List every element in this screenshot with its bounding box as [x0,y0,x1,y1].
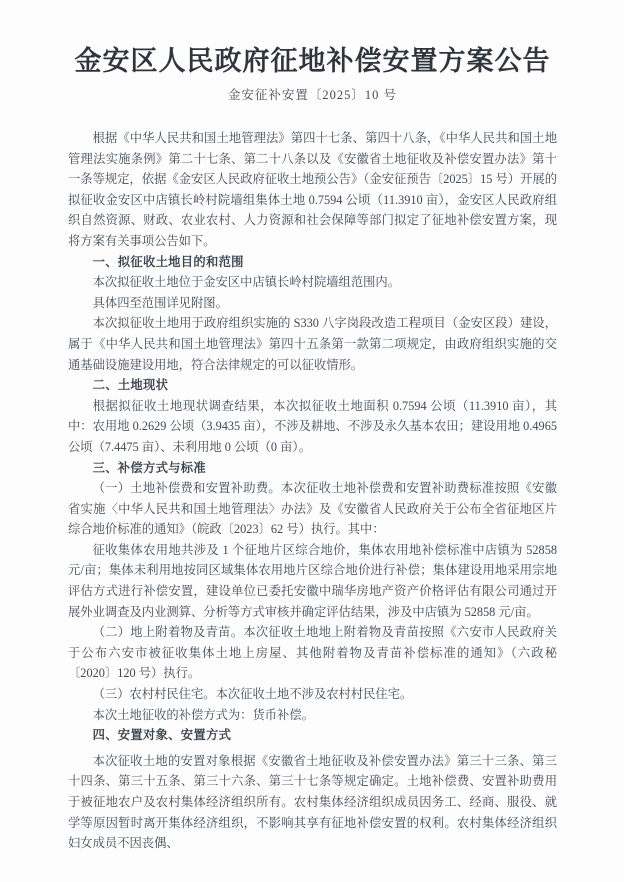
document-body: 根据《中华人民共和国土地管理法》第四十七条、第四十八条，《中华人民共和国土地管理… [68,128,557,854]
paragraph: （三）农村村民住宅。本次征收土地不涉及农村村民住宅。 [68,684,557,705]
paragraph: 本次拟征收土地位于金安区中店镇长岭村院墙组范围内。 [68,272,557,293]
paragraph: 根据《中华人民共和国土地管理法》第四十七条、第四十八条，《中华人民共和国土地管理… [68,128,557,252]
document-number: 金安征补安置〔2025〕10 号 [68,87,557,103]
paragraph: 本次土地征收的补偿方式为：货币补偿。 [68,705,557,726]
paragraph: （一）土地补偿费和安置补助费。本次征收土地补偿费和安置补助费标准按照《安徽省实施… [68,478,557,540]
paragraph: 征收集体农用地共涉及 1 个征地片区综合地价，集体农用地补偿标准中店镇为 528… [68,540,557,622]
paragraph: 本次征收土地的安置对象根据《安徽省土地征收及补偿安置办法》第三十三条、第三十四条… [68,751,557,854]
section-heading: 四、安置对象、安置方式 [68,725,557,746]
section-heading: 一、拟征收土地目的和范围 [68,252,557,273]
paragraph: （二）地上附着物及青苗。本次征收土地地上附着物及青苗按照《六安市人民政府关于公布… [68,622,557,684]
paragraph: 具体四至范围详见附图。 [68,293,557,314]
section-heading: 二、土地现状 [68,375,557,396]
document-title: 金安区人民政府征地补偿安置方案公告 [68,44,557,78]
paragraph: 本次拟征收土地用于政府组织实施的 S330 八字岗段改造工程项目（金安区段）建设… [68,313,557,375]
section-heading: 三、补偿方式与标准 [68,458,557,479]
paragraph: 根据拟征收土地现状调查结果，本次拟征收土地面积 0.7594 公顷（11.391… [68,396,557,458]
document-page: 金安区人民政府征地补偿安置方案公告 金安征补安置〔2025〕10 号 根据《中华… [0,0,624,882]
